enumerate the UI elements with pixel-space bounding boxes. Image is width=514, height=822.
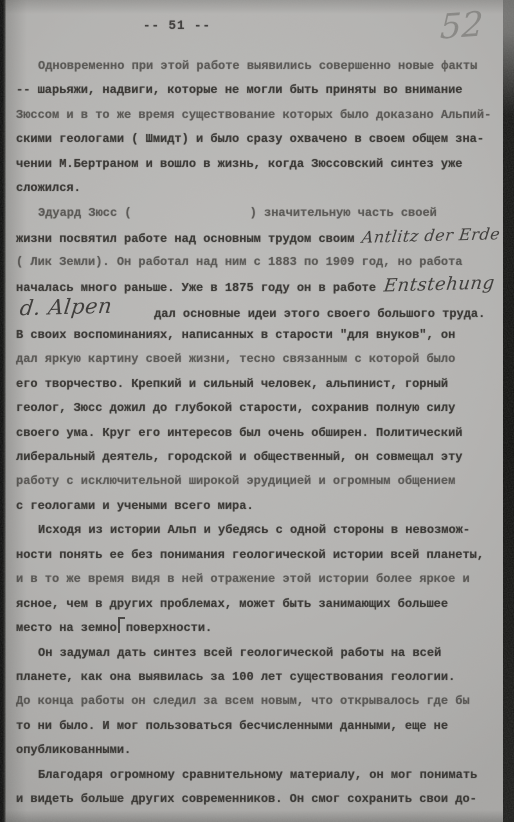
- text-line: Зюссом и в то же время существование кот…: [16, 103, 502, 127]
- page-number-handwritten: 52: [439, 4, 484, 47]
- line-text: скими геологами ( Шмидт) и было сразу ох…: [16, 132, 484, 146]
- text-line: сложился.: [16, 176, 502, 200]
- line-text: Он задумал дать синтез всей геологическо…: [38, 646, 441, 660]
- handwritten-book-title: Antlitz der Erde: [361, 222, 502, 250]
- text-line: d. Alpenдал основные идеи этого своего б…: [16, 298, 502, 322]
- text-line: своего ума. Круг его интересов был очень…: [16, 421, 502, 445]
- line-text: его творчество. Крепкий и сильный челове…: [16, 377, 448, 391]
- text-line: и видеть больше других современников. Он…: [16, 787, 502, 811]
- line-text: с геологами и учеными всего мира.: [16, 499, 254, 513]
- line-text: и видеть больше других современников. Он…: [16, 792, 477, 806]
- line-text: поверхности.: [126, 621, 212, 635]
- line-text: жизни посвятил работе над основным трудо…: [16, 232, 354, 246]
- line-text: место на земно: [16, 621, 117, 635]
- text-line: и в то же время видя в ней отражение это…: [16, 567, 502, 591]
- line-text: планете, как она выявилась за 100 лет су…: [16, 670, 455, 684]
- text-line: Благодаря огромному сравнительному матер…: [16, 763, 502, 787]
- line-text: ) значительную часть своей: [250, 206, 437, 220]
- line-text: ности понять ее без понимания геологичес…: [16, 548, 484, 562]
- text-line: геолог, Зюсс дожил до глубокой старости,…: [16, 396, 502, 420]
- line-text: дал основные идеи этого своего большого …: [154, 307, 485, 321]
- line-text: До конца работы он следил за всем новым,…: [16, 694, 470, 708]
- line-text: Исходя из истории Альп и убедясь с одной…: [38, 523, 470, 537]
- line-text: чении М.Бертраном и вошло в жизнь, когда…: [16, 157, 462, 171]
- text-line: место на земноповерхности.: [16, 616, 502, 640]
- text-line: В своих воспоминаниях, написанных в стар…: [16, 323, 502, 347]
- text-line: планете, как она выявилась за 100 лет су…: [16, 665, 502, 689]
- text-line: чении М.Бертраном и вошло в жизнь, когда…: [16, 152, 502, 176]
- scan-edge-right: [503, 0, 514, 822]
- handwritten-word: Entstehung: [382, 271, 496, 298]
- text-line: скими геологами ( Шмидт) и было сразу ох…: [16, 127, 502, 151]
- line-text: ( Лик Земли). Он работал над ним с 1883 …: [16, 255, 462, 269]
- text-line: его творчество. Крепкий и сильный челове…: [16, 372, 502, 396]
- scan-shade-bottom: [0, 810, 514, 822]
- text-line: опубликованными.: [16, 738, 502, 762]
- line-text: дал яркую картину своей жизни, тесно свя…: [16, 352, 455, 366]
- text-line: -- шарьяжи, надвиги, которые не могли бы…: [16, 78, 502, 102]
- line-text: Зюссом и в то же время существование кот…: [16, 108, 491, 122]
- text-line: с геологами и учеными всего мира.: [16, 494, 502, 518]
- line-text: Благодаря огромному сравнительному матер…: [38, 768, 477, 782]
- text-line: ности понять ее без понимания геологичес…: [16, 543, 502, 567]
- typewritten-body: Одновременно при этой работе выявились с…: [16, 54, 502, 812]
- scan-edge-left: [0, 0, 6, 822]
- text-line: ( Лик Земли). Он работал над ним с 1883 …: [16, 250, 502, 274]
- line-text: и в то же время видя в ней отражение это…: [16, 572, 470, 586]
- line-text: работу с исключительной широкой эрудицие…: [16, 474, 455, 488]
- text-line: то ни было. И мог пользоваться бесчислен…: [16, 714, 502, 738]
- text-line: Одновременно при этой работе выявились с…: [16, 54, 502, 78]
- text-line: Эдуард Зюсс () значительную часть своей: [16, 201, 502, 225]
- text-line: дал яркую картину своей жизни, тесно свя…: [16, 347, 502, 371]
- line-text: то ни было. И мог пользоваться бесчислен…: [16, 719, 448, 733]
- handwritten-word: d. Alpen: [18, 294, 113, 321]
- line-text: опубликованными.: [16, 743, 131, 757]
- scan-shade-top: [0, 0, 514, 14]
- text-line: ясное, чем в других проблемах, может быт…: [16, 592, 502, 616]
- line-text: В своих воспоминаниях, написанных в стар…: [16, 328, 455, 342]
- line-text: либеральный деятель, городской и обществ…: [16, 450, 462, 464]
- line-text: началась много раньше. Уже в 1875 году о…: [16, 281, 376, 295]
- line-text: сложился.: [16, 181, 81, 195]
- text-line: либеральный деятель, городской и обществ…: [16, 445, 502, 469]
- text-line: Он задумал дать синтез всей геологическо…: [16, 641, 502, 665]
- text-line: Исходя из истории Альп и убедясь с одной…: [16, 518, 502, 542]
- scanned-page: -- 51 -- 52 Одновременно при этой работе…: [0, 0, 514, 822]
- line-text: -- шарьяжи, надвиги, которые не могли бы…: [16, 83, 462, 97]
- insertion-mark: [118, 617, 125, 633]
- text-line: До конца работы он следил за всем новым,…: [16, 689, 502, 713]
- page-number-typed: -- 51 --: [143, 19, 211, 33]
- line-text: Одновременно при этой работе выявились с…: [38, 59, 477, 73]
- line-text: ясное, чем в других проблемах, может быт…: [16, 597, 448, 611]
- line-text: геолог, Зюсс дожил до глубокой старости,…: [16, 401, 455, 415]
- line-text: своего ума. Круг его интересов был очень…: [16, 426, 462, 440]
- text-line: жизни посвятил работе над основным трудо…: [16, 225, 502, 249]
- text-line: работу с исключительной широкой эрудицие…: [16, 469, 502, 493]
- line-text: Эдуард Зюсс (: [38, 206, 132, 220]
